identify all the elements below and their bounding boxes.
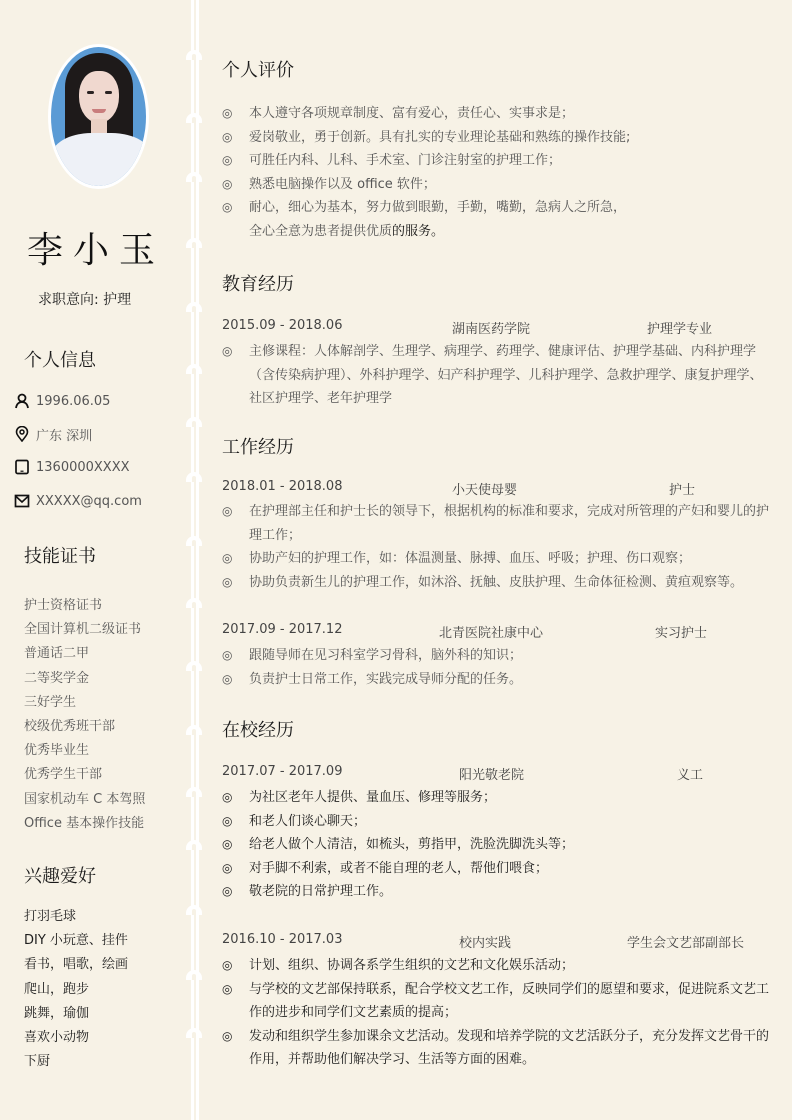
list-item: ◎敬老院的日常护理工作。 <box>222 880 770 904</box>
bullet-icon: ◎ <box>222 880 232 904</box>
binder-rail <box>191 0 194 1120</box>
entry-role: 学生会文艺部副部长 <box>627 932 744 951</box>
binder-rail <box>196 0 199 1120</box>
entry-period: 2015.09 - 2018.06 <box>222 318 342 333</box>
bullet-icon: ◎ <box>222 126 232 150</box>
binder-ring-icon <box>186 787 202 797</box>
list-item: ◎对手脚不利索，或者不能自理的老人，帮他们喂食； <box>222 857 770 881</box>
info-location: 广东 深圳 <box>14 424 92 444</box>
person-icon <box>14 393 30 409</box>
skill-item: 优秀毕业生 <box>24 739 145 763</box>
skill-item: 三好学生 <box>24 691 145 715</box>
binder-spine <box>186 0 202 1120</box>
job-objective: 求职意向: 护理 <box>38 289 131 309</box>
entry-org: 校内实践 <box>459 932 511 951</box>
skill-item: 国家机动车 C 本驾照 <box>24 788 145 812</box>
hobbies-heading: 兴趣爱好 <box>24 862 96 888</box>
bullet-icon: ◎ <box>222 810 232 834</box>
education-entry-header: 2015.09 - 2018.06 湖南医药学院 护理学专业 <box>222 318 772 338</box>
education-list: ◎主修课程：人体解剖学、生理学、病理学、药理学、健康评估、护理学基础、内科护理学… <box>222 340 770 411</box>
list-item: ◎为社区老年人提供、量血压、修理等服务； <box>222 786 770 810</box>
info-email: XXXXX@qq.com <box>14 491 142 511</box>
list-item: ◎给老人做个人清洁，如梳头，剪指甲，洗脸洗脚洗头等； <box>222 833 770 857</box>
binder-ring-icon <box>186 50 202 60</box>
list-item: ◎爱岗敬业，勇于创新。具有扎实的专业理论基础和熟练的操作技能; <box>222 126 770 150</box>
entry-org: 北青医院社康中心 <box>439 622 543 641</box>
skill-item: 普通话二甲 <box>24 642 145 666</box>
hobby-item: 下厨 <box>24 1050 128 1074</box>
binder-ring-icon <box>186 472 202 482</box>
bullet-icon: ◎ <box>222 644 232 668</box>
bullet-icon: ◎ <box>222 340 232 364</box>
skill-item: 护士资格证书 <box>24 594 145 618</box>
skill-item: 优秀学生干部 <box>24 763 145 787</box>
hobby-item: 喜欢小动物 <box>24 1026 128 1050</box>
campus-entry-header: 2016.10 - 2017.03 校内实践 学生会文艺部副部长 <box>222 932 772 952</box>
self-evaluation-list: ◎本人遵守各项规章制度、富有爱心，责任心、实事求是； ◎爱岗敬业，勇于创新。具有… <box>222 102 770 243</box>
bullet-icon: ◎ <box>222 668 232 692</box>
list-item: ◎熟悉电脑操作以及 office 软件； <box>222 173 770 197</box>
education-heading: 教育经历 <box>222 270 294 296</box>
binder-ring-icon <box>186 536 202 546</box>
entry-role: 护理学专业 <box>647 318 712 337</box>
work-entry-header: 2018.01 - 2018.08 小天使母婴 护士 <box>222 479 772 499</box>
sidebar: 李小玉 求职意向: 护理 个人信息 1996.06.05 广东 深圳 13600… <box>0 0 186 1120</box>
skills-heading: 技能证书 <box>24 542 96 568</box>
list-item: ◎协助产妇的护理工作，如：体温测量、脉搏、血压、呼吸；护理、伤口观察； <box>222 547 770 571</box>
info-phone: 1360000XXXX <box>14 457 130 477</box>
bullet-icon: ◎ <box>222 857 232 881</box>
binder-ring-icon <box>186 238 202 248</box>
skill-item: 全国计算机二级证书 <box>24 618 145 642</box>
list-item: ◎在护理部主任和护士长的领导下，根据机构的标准和要求，完成对所管理的产妇和婴儿的… <box>222 500 770 547</box>
entry-role: 护士 <box>669 479 695 498</box>
work-list-1: ◎在护理部主任和护士长的领导下，根据机构的标准和要求，完成对所管理的产妇和婴儿的… <box>222 500 770 594</box>
skill-item: 二等奖学金 <box>24 667 145 691</box>
entry-period: 2017.09 - 2017.12 <box>222 622 342 637</box>
bullet-icon: ◎ <box>222 833 232 857</box>
bullet-icon: ◎ <box>222 1025 232 1049</box>
entry-role: 实习护士 <box>655 622 707 641</box>
list-item: ◎协助负责新生儿的护理工作，如沐浴、抚触、皮肤护理、生命体征检测、黄疸观察等。 <box>222 571 770 595</box>
hobby-item: DIY 小玩意、挂件 <box>24 929 128 953</box>
info-birthdate: 1996.06.05 <box>14 391 110 411</box>
mail-icon <box>14 493 30 509</box>
candidate-name: 李小玉 <box>0 222 186 273</box>
entry-org: 小天使母婴 <box>452 479 517 498</box>
work-entry-header: 2017.09 - 2017.12 北青医院社康中心 实习护士 <box>222 622 772 642</box>
campus-entry-header: 2017.07 - 2017.09 阳光敬老院 义工 <box>222 764 772 784</box>
binder-ring-icon <box>186 725 202 735</box>
phone-icon <box>14 459 30 475</box>
bullet-icon: ◎ <box>222 173 232 197</box>
personal-info-heading: 个人信息 <box>24 346 96 372</box>
self-evaluation-heading: 个人评价 <box>222 56 294 82</box>
campus-list-1: ◎为社区老年人提供、量血压、修理等服务； ◎和老人们谈心聊天； ◎给老人做个人清… <box>222 786 770 904</box>
binder-ring-icon <box>186 905 202 915</box>
bullet-icon: ◎ <box>222 571 232 595</box>
list-item: ◎主修课程：人体解剖学、生理学、病理学、药理学、健康评估、护理学基础、内科护理学… <box>222 340 770 411</box>
hobby-item: 爬山，跑步 <box>24 978 128 1002</box>
binder-ring-icon <box>186 364 202 374</box>
binder-ring-icon <box>186 840 202 850</box>
list-item: ◎和老人们谈心聊天； <box>222 810 770 834</box>
list-item: ◎发动和组织学生参加课余文艺活动。发现和培养学院的文艺活跃分子，充分发挥文艺骨干… <box>222 1025 770 1072</box>
work-heading: 工作经历 <box>222 433 294 459</box>
campus-list-2: ◎计划、组织、协调各系学生组织的文艺和文化娱乐活动； ◎与学校的文艺部保持联系，… <box>222 954 770 1072</box>
bullet-icon: ◎ <box>222 102 232 126</box>
skill-item: Office 基本操作技能 <box>24 812 145 836</box>
entry-role: 义工 <box>677 764 703 783</box>
hobbies-list: 打羽毛球 DIY 小玩意、挂件 看书，唱歌，绘画 爬山，跑步 跳舞，瑜伽 喜欢小… <box>24 905 128 1074</box>
bullet-icon: ◎ <box>222 547 232 571</box>
list-item: ◎耐心，细心为基本，努力做到眼勤，手勤，嘴勤，急病人之所急，全心全意为患者提供优… <box>222 196 770 243</box>
hobby-item: 打羽毛球 <box>24 905 128 929</box>
list-item: ◎跟随导师在见习科室学习骨科，脑外科的知识； <box>222 644 770 668</box>
binder-ring-icon <box>186 302 202 312</box>
binder-ring-icon <box>186 598 202 608</box>
bullet-icon: ◎ <box>222 954 232 978</box>
bullet-icon: ◎ <box>222 786 232 810</box>
binder-ring-icon <box>186 970 202 980</box>
bullet-icon: ◎ <box>222 196 232 220</box>
list-item: ◎本人遵守各项规章制度、富有爱心，责任心、实事求是； <box>222 102 770 126</box>
entry-org: 阳光敬老院 <box>459 764 524 783</box>
binder-ring-icon <box>186 1028 202 1038</box>
skills-list: 护士资格证书 全国计算机二级证书 普通话二甲 二等奖学金 三好学生 校级优秀班干… <box>24 594 145 836</box>
bullet-icon: ◎ <box>222 149 232 173</box>
list-item: ◎负责护士日常工作，实践完成导师分配的任务。 <box>222 668 770 692</box>
bullet-icon: ◎ <box>222 978 232 1002</box>
hobby-item: 看书，唱歌，绘画 <box>24 953 128 977</box>
profile-photo <box>48 44 149 189</box>
hobby-item: 跳舞，瑜伽 <box>24 1002 128 1026</box>
list-item: ◎与学校的文艺部保持联系，配合学校文艺工作，反映同学们的愿望和要求，促进院系文艺… <box>222 978 770 1025</box>
entry-period: 2018.01 - 2018.08 <box>222 479 342 494</box>
skill-item: 校级优秀班干部 <box>24 715 145 739</box>
list-item: ◎计划、组织、协调各系学生组织的文艺和文化娱乐活动； <box>222 954 770 978</box>
binder-ring-icon <box>186 661 202 671</box>
entry-period: 2017.07 - 2017.09 <box>222 764 342 779</box>
location-pin-icon <box>14 426 30 442</box>
list-item: ◎可胜任内科、儿科、手术室、门诊注射室的护理工作； <box>222 149 770 173</box>
binder-ring-icon <box>186 113 202 123</box>
bullet-icon: ◎ <box>222 500 232 524</box>
binder-ring-icon <box>186 417 202 427</box>
entry-period: 2016.10 - 2017.03 <box>222 932 342 947</box>
entry-org: 湖南医药学院 <box>452 318 530 337</box>
work-list-2: ◎跟随导师在见习科室学习骨科，脑外科的知识； ◎负责护士日常工作，实践完成导师分… <box>222 644 770 691</box>
binder-ring-icon <box>186 172 202 182</box>
campus-heading: 在校经历 <box>222 716 294 742</box>
